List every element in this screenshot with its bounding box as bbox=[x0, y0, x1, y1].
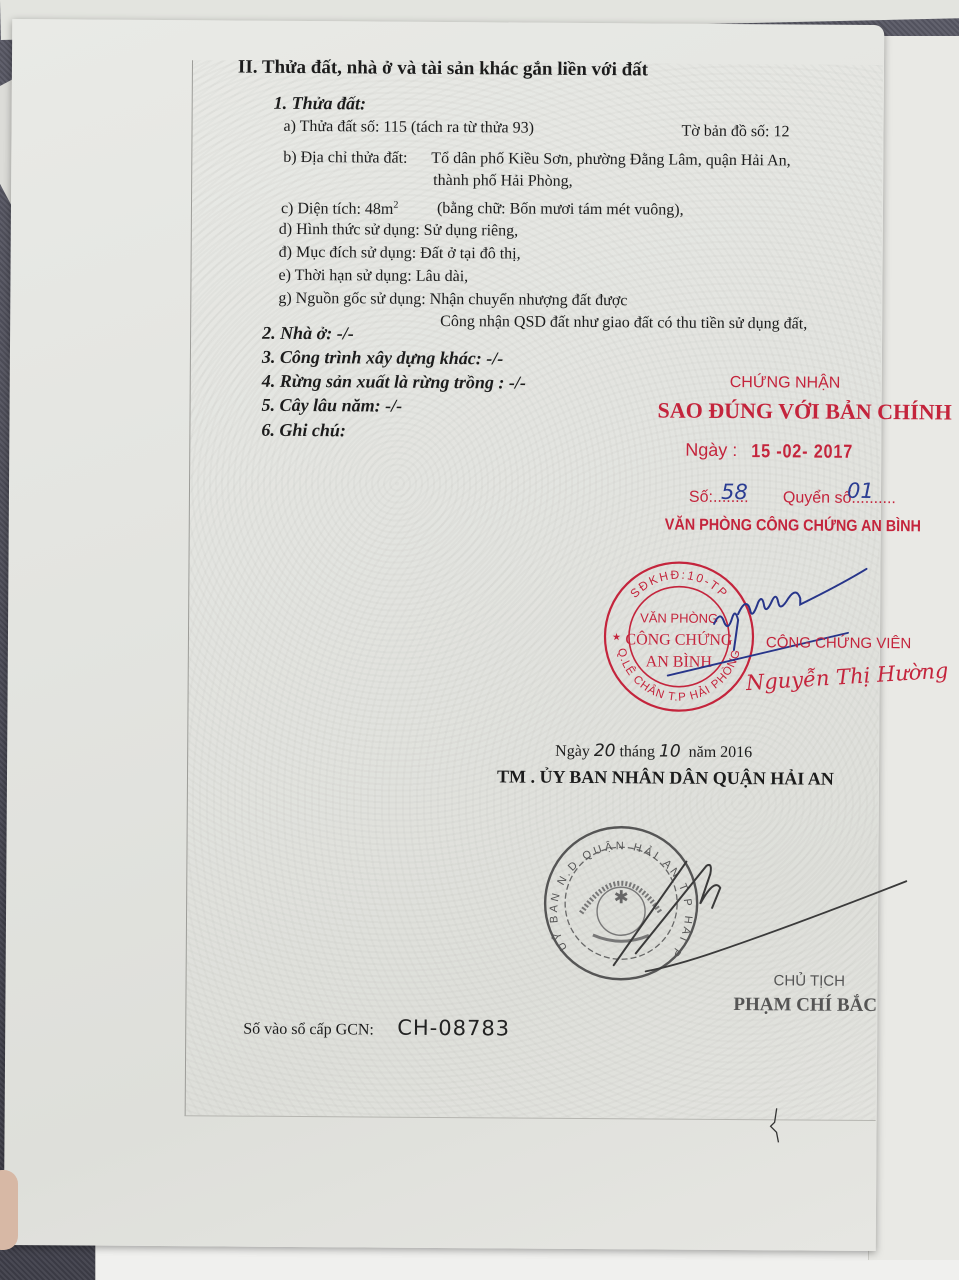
svg-text:★: ★ bbox=[612, 632, 621, 643]
item-house: 2. Nhà ở: -/- bbox=[262, 323, 354, 345]
item-perennial-trees: 5. Cây lâu năm: -/- bbox=[262, 395, 403, 417]
area-label: c) Diện tích: 48m bbox=[281, 200, 394, 218]
item-planted-forest: 4. Rừng sản xuất là rừng trồng : -/- bbox=[262, 371, 526, 394]
usage-form: d) Hình thức sử dụng: Sử dụng riêng, bbox=[279, 221, 518, 241]
area-field: c) Diện tích: 48m2 bbox=[281, 199, 399, 219]
certification-heading: CHỨNG NHẬN bbox=[730, 374, 841, 393]
section-title: II. Thửa đất, nhà ở và tài sản khác gắn … bbox=[238, 57, 648, 82]
area-superscript: 2 bbox=[393, 200, 398, 211]
area-in-words: (bằng chữ: Bốn mươi tám mét vuông), bbox=[437, 200, 684, 220]
issue-day: 20 bbox=[594, 741, 616, 761]
issue-year: năm 2016 bbox=[689, 744, 753, 761]
issue-month: 10 bbox=[659, 742, 681, 762]
certification-date-label: Ngày : bbox=[685, 440, 737, 461]
certification-book: 01 bbox=[847, 479, 874, 503]
certification-book-label: Quyển số.......... bbox=[783, 489, 896, 508]
address-line-1: Tổ dân phố Kiều Sơn, phường Đằng Lâm, qu… bbox=[431, 150, 790, 171]
address-label: b) Địa chỉ thửa đất: bbox=[283, 149, 407, 168]
issue-date: Ngày 20 tháng 10 năm 2016 bbox=[555, 741, 752, 762]
usage-purpose: đ) Mục đích sử dụng: Đất ở tại đô thị, bbox=[279, 244, 521, 264]
map-sheet-number: Tờ bản đồ số: 12 bbox=[681, 123, 789, 142]
origin-line-2: Công nhận QSD đất như giao đất có thu ti… bbox=[440, 313, 807, 334]
certification-number: 58 bbox=[721, 480, 748, 504]
thumb bbox=[0, 1170, 18, 1250]
notary-title: CÔNG CHỨNG VIÊN bbox=[766, 634, 911, 652]
notary-office-name: VĂN PHÒNG CÔNG CHỨNG AN BÌNH bbox=[665, 517, 921, 537]
issuing-authority: TM . ỦY BAN NHÂN DÂN QUẬN HẢI AN bbox=[497, 766, 834, 789]
item-notes: 6. Ghi chú: bbox=[261, 420, 346, 442]
registry-number: CH-08783 bbox=[397, 1016, 510, 1041]
certification-title: SAO ĐÚNG VỚI BẢN CHÍNH bbox=[657, 397, 951, 425]
item-other-construction: 3. Công trình xây dựng khác: -/- bbox=[262, 347, 503, 370]
certification-date: 15 -02- 2017 bbox=[751, 441, 853, 464]
parcel-number: a) Thửa đất số: 115 (tách ra từ thửa 93) bbox=[283, 118, 534, 138]
issue-date-prefix: Ngày bbox=[555, 743, 590, 760]
notary-signature-icon bbox=[708, 584, 879, 675]
pen-mark-icon bbox=[766, 1106, 786, 1146]
certificate-page: II. Thửa đất, nhà ở và tài sản khác gắn … bbox=[4, 19, 885, 1251]
issue-month-label: tháng bbox=[619, 743, 655, 760]
chairman-signature-icon bbox=[606, 853, 927, 975]
chairman-title: CHỦ TỊCH bbox=[774, 972, 846, 989]
origin-line-1: g) Nguồn gốc sử dụng: Nhận chuyển nhượng… bbox=[278, 290, 627, 310]
registry-label: Số vào sổ cấp GCN: bbox=[243, 1021, 374, 1040]
usage-term: e) Thời hạn sử dụng: Lâu dài, bbox=[278, 267, 468, 286]
land-heading: 1. Thửa đất: bbox=[274, 93, 366, 115]
address-line-2: thành phố Hải Phòng, bbox=[433, 172, 573, 191]
chairman-name: PHẠM CHÍ BẮC bbox=[733, 994, 877, 1017]
svg-text:VĂN PHÒNG: VĂN PHÒNG bbox=[640, 610, 718, 626]
